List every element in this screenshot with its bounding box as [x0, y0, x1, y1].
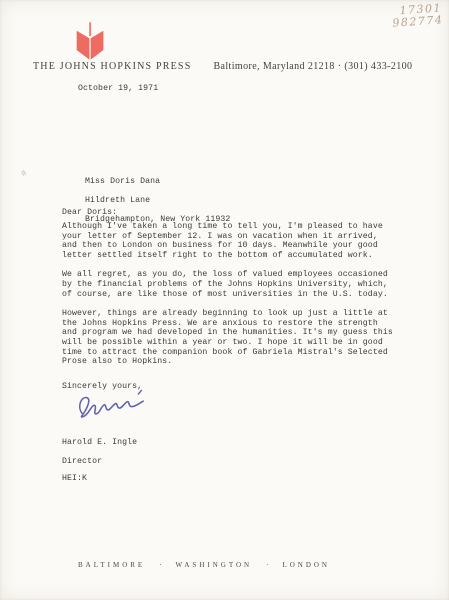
press-name: THE JOHNS HOPKINS PRESS: [33, 61, 191, 72]
footer-city-washington: WASHINGTON: [176, 561, 253, 569]
paragraph-3: However, things are already beginning to…: [62, 309, 407, 367]
press-address-phone: Baltimore, Maryland 21218 · (301) 433-21…: [213, 61, 412, 72]
footer-city-london: LONDON: [282, 561, 330, 569]
letter-date: October 19, 1971: [78, 84, 158, 94]
paragraph-1: Although I've taken a long time to tell …: [62, 222, 407, 260]
recipient-name: Miss Doris Dana: [85, 177, 230, 187]
footer-separator-2: ·: [266, 561, 268, 569]
letterhead: THE JOHNS HOPKINS PRESS Baltimore, Maryl…: [33, 61, 412, 72]
handwritten-number-2: 982774: [392, 14, 444, 30]
reference-initials: HEI:K: [62, 474, 87, 484]
salutation: Dear Doris:: [62, 208, 117, 218]
footer-separator-1: ·: [159, 561, 161, 569]
signature-block: Harold E. Ingle Director: [62, 428, 137, 476]
pencil-mark: [23, 170, 26, 175]
footer-cities: BALTIMORE · WASHINGTON · LONDON: [78, 561, 330, 569]
signature-handwriting: [76, 389, 148, 428]
letter-body: Although I've taken a long time to tell …: [62, 222, 407, 377]
recipient-street: Hildreth Lane: [85, 196, 230, 206]
footer-city-baltimore: BALTIMORE: [78, 561, 145, 569]
signature-name: Harold E. Ingle: [62, 438, 137, 448]
paragraph-2: We all regret, as you do, the loss of va…: [62, 270, 407, 299]
signature-title: Director: [62, 457, 137, 467]
letter-page: 17301 982774 THE JOHNS HOPKINS PRESS Bal…: [0, 0, 449, 600]
handwritten-annotation: 17301 982774: [391, 2, 444, 29]
